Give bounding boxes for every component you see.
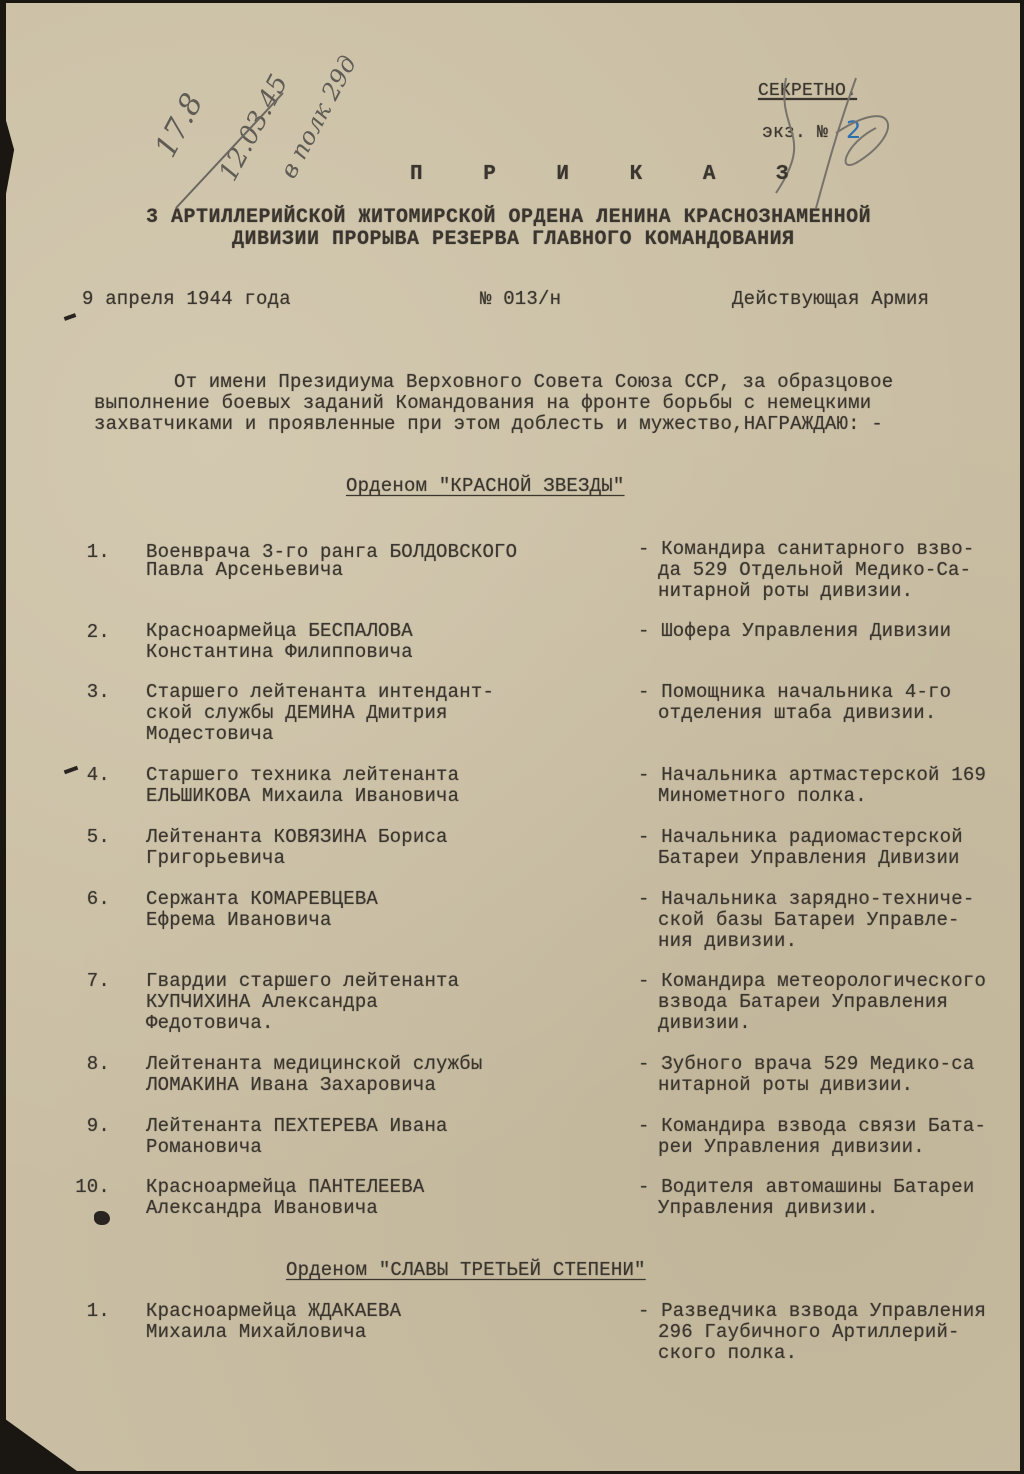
entry-position-line: да 529 Отдельной Медико-Са- [658,559,971,581]
entry-number: 9. [70,1115,110,1137]
entry-name-line: Ефрема Ивановича [146,909,332,931]
entry-position-line: - Командира взвода связи Бата- [638,1115,986,1137]
entry-position-line: ской базы Батареи Управле- [658,909,960,931]
entry-number: 10. [70,1176,110,1198]
entry-position-line: ского полка. [658,1342,797,1364]
entry-name-line: ЕЛЬШИКОВА Михаила Ивановича [146,785,459,807]
entry-number: 2. [70,621,110,643]
punch-hole-mark [64,313,77,321]
punch-hole-mark [94,1211,110,1225]
entry-name-line: Федотовича. [146,1012,274,1034]
entry-position-line: - Шофера Управления Дивизии [638,620,951,642]
entry-position-line: ния дивизии. [658,930,797,952]
entry-number: 5. [70,826,110,848]
entry-number: 1. [70,1300,110,1322]
issuer-line-2: ДИВИЗИИ ПРОРЫВА РЕЗЕРВА ГЛАВНОГО КОМАНДО… [232,228,795,251]
entry-name-line: Модестовича [146,723,274,745]
entry-position-line: - Помощника начальника 4-го [638,681,951,703]
entry-position-line: нитарной роты дивизии. [658,580,913,602]
entry-name-line: Александра Ивановича [146,1197,378,1219]
entry-name-line: Старшего лейтенанта интендант- [146,681,494,703]
section-heading-red-star: Орденом "КРАСНОЙ ЗВЕЗДЫ" [346,475,624,497]
entry-position-line: - Водителя автомашины Батареи [638,1176,974,1198]
entry-name-line: КУПЧИХИНА Александра [146,991,378,1013]
entry-position-line: взвода Батареи Управления [658,991,948,1013]
order-number: № 013/н [480,288,561,310]
entry-position-line: реи Управления дивизии. [658,1136,925,1158]
preamble-line-1: От имени Президиума Верховного Совета Со… [174,371,893,393]
entry-position-line: - Командира метеорологического [638,970,986,992]
entry-name-line: Старшего техника лейтенанта [146,764,459,786]
entry-name-line: Красноармейца ЖДАКАЕВА [146,1300,401,1322]
entry-name-line: Константина Филипповича [146,641,413,663]
entry-position-line: - Зубного врача 529 Медико-са [638,1053,974,1075]
entry-number: 1. [70,541,110,563]
entry-name-line: ЛОМАКИНА Ивана Захаровича [146,1074,436,1096]
section-heading-glory-3rd-class: Орденом "СЛАВЫ ТРЕТЬЕЙ СТЕПЕНИ" [286,1259,646,1281]
entry-position-line: нитарной роты дивизии. [658,1074,913,1096]
entry-position-line: - Командира санитарного взво- [638,538,974,560]
entry-name-line: ской службы ДЕМИНА Дмитрия [146,702,448,724]
entry-name-line: Романовича [146,1136,262,1158]
entry-position-line: 296 Гаубичного Артиллерий- [658,1321,960,1343]
preamble-line-3: захватчиками и проявленные при этом добл… [94,413,883,435]
entry-position-line: отделения штаба дивизии. [658,702,936,724]
order-location: Действующая Армия [732,288,929,310]
entry-name-line: Красноармейца ПАНТЕЛЕЕВА [146,1176,424,1198]
entry-position-line: - Начальника артмастерской 169 [638,764,986,786]
entry-position-line: Минометного полка. [658,785,867,807]
entry-position-line: дивизии. [658,1012,751,1034]
issuer-line-1: 3 АРТИЛЛЕРИЙСКОЙ ЖИТОМИРСКОЙ ОРДЕНА ЛЕНИ… [146,206,871,229]
handwritten-slash-icon [171,73,291,213]
entry-name-line: Сержанта КОМАРЕВЦЕВА [146,888,378,910]
order-date: 9 апреля 1944 года [82,288,291,310]
entry-number: 8. [70,1053,110,1075]
preamble-line-2: выполнение боевых заданий Командования н… [94,392,871,414]
entry-name-line: Павла Арсеньевича [146,559,343,581]
entry-position-line: - Разведчика взвода Управления [638,1300,986,1322]
entry-name-line: Лейтенанта КОВЯЗИНА Бориса [146,826,448,848]
entry-number: 3. [70,681,110,703]
entry-name-line: Григорьевича [146,847,285,869]
entry-name-line: Гвардии старшего лейтенанта [146,970,459,992]
entry-position-line: Управления дивизии. [658,1197,878,1219]
entry-position-line: Батареи Управления Дивизии [658,847,960,869]
signature-icon [756,73,906,213]
entry-number: 6. [70,888,110,910]
entry-position-line: - Начальника зарядно-техниче- [638,888,974,910]
entry-position-line: - Начальника радиомастерской [638,826,963,848]
entry-name-line: Михаила Михайловича [146,1321,366,1343]
entry-number: 7. [70,970,110,992]
entry-name-line: Красноармейца БЕСПАЛОВА [146,620,413,642]
document-title: П Р И К А З [410,163,813,186]
entry-name-line: Лейтенанта медицинской службы [146,1053,482,1075]
entry-name-line: Лейтенанта ПЕХТЕРЕВА Ивана [146,1115,448,1137]
document-page: 17.8 12.03.45 в полк 29д СЕКРЕТНО. экз. … [6,3,1020,1471]
